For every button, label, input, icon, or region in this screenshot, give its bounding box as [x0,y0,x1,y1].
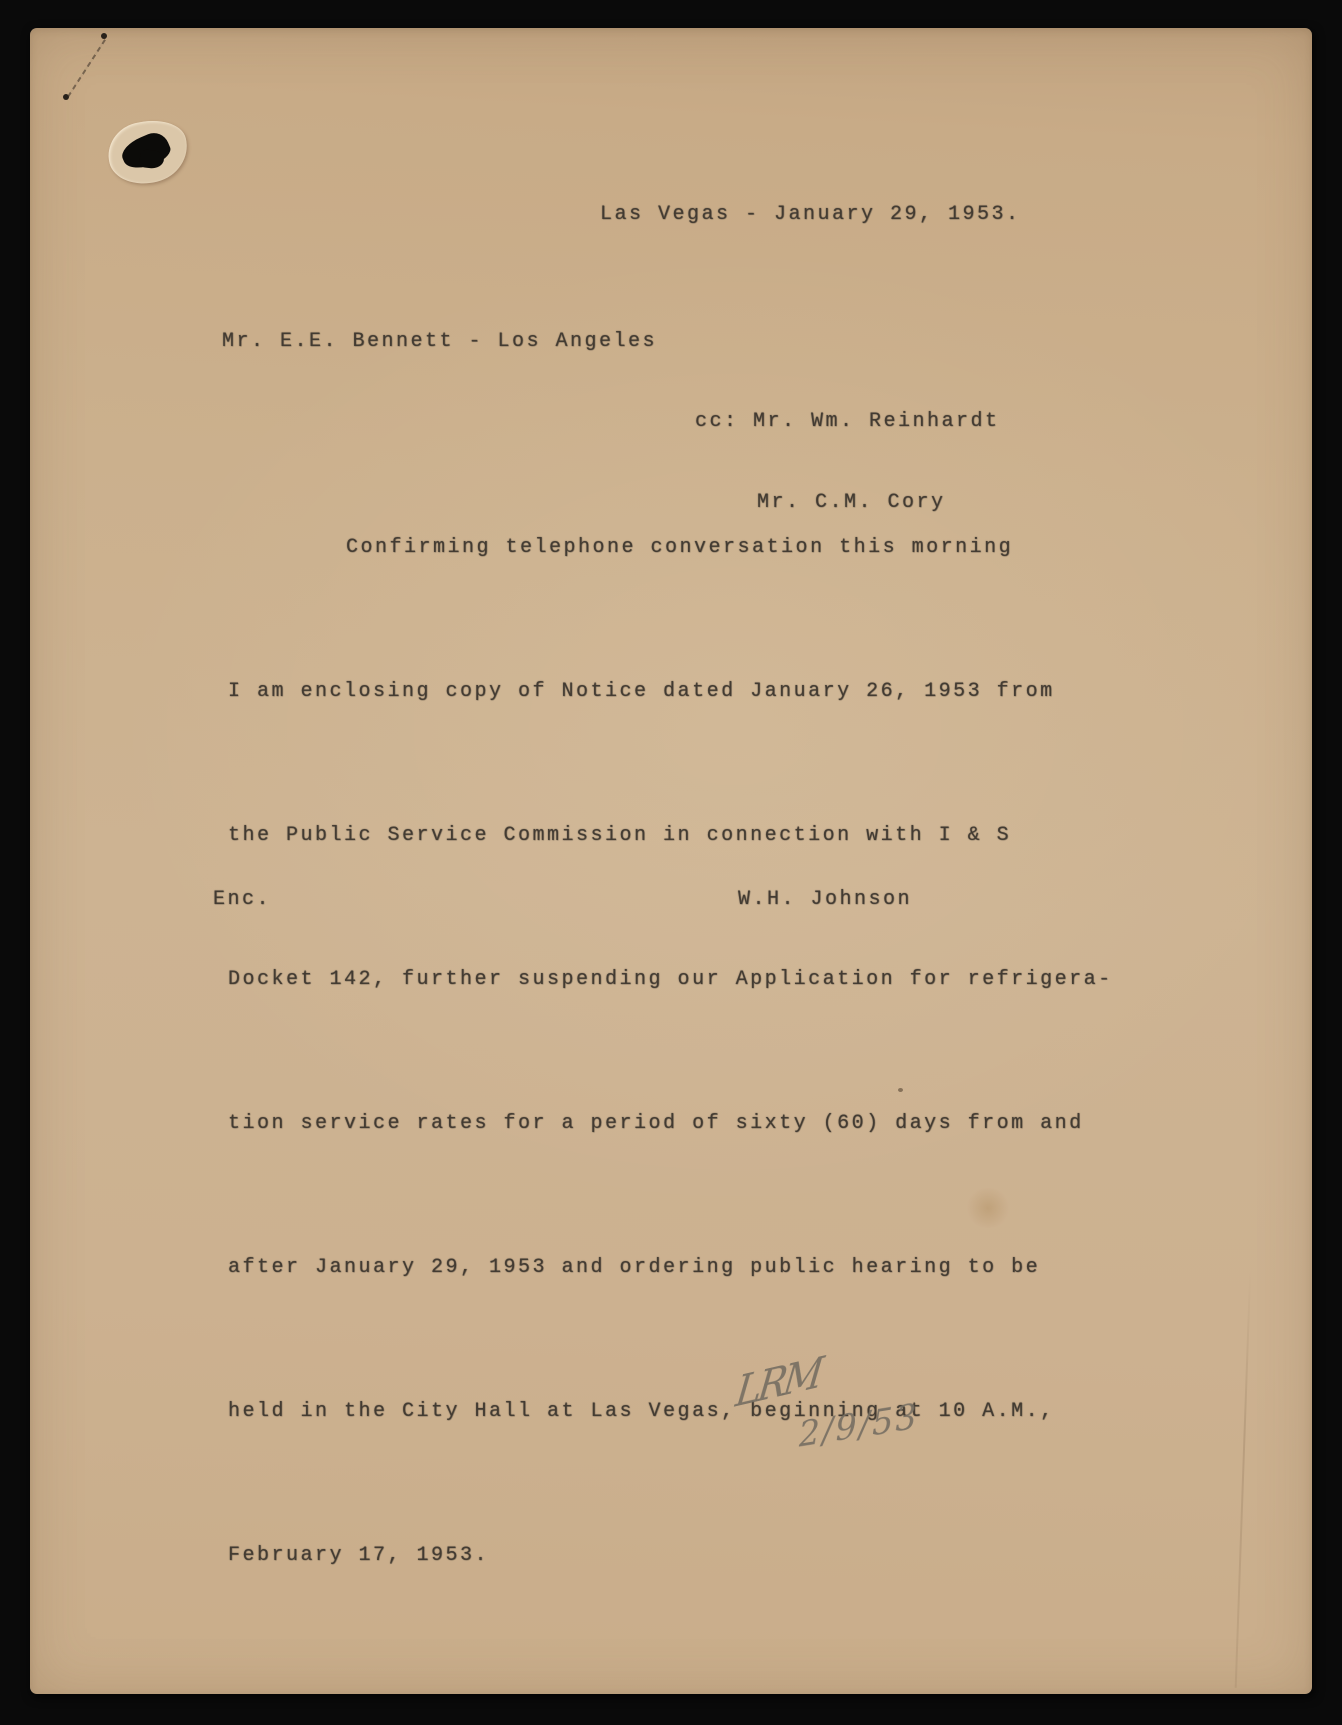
signature-name: W.H. Johnson [738,876,912,924]
body-line: the Public Service Commission in connect… [228,812,1113,860]
scratch-mark [67,39,106,98]
body-line: tion service rates for a period of sixty… [228,1100,1113,1148]
torn-hole [102,112,195,192]
dateline: Las Vegas - January 29, 1953. [600,191,1021,239]
recipient-line: Mr. E.E. Bennett - Los Angeles [222,318,657,366]
enclosure-note: Enc. [213,876,271,924]
body-line: held in the City Hall at Las Vegas, begi… [228,1388,1113,1436]
photograph-background: Las Vegas - January 29, 1953. Mr. E.E. B… [0,0,1342,1725]
body-line: I am enclosing copy of Notice dated Janu… [228,668,1113,716]
body-line: February 17, 1953. [228,1532,1113,1580]
letter-paper: Las Vegas - January 29, 1953. Mr. E.E. B… [30,28,1312,1694]
paper-crease [1235,1268,1252,1688]
body-line: Docket 142, further suspending our Appli… [228,956,1113,1004]
body-line: after January 29, 1953 and ordering publ… [228,1244,1113,1292]
body-line: Confirming telephone conversation this m… [228,524,1113,572]
letter-body: Confirming telephone conversation this m… [228,428,1113,1676]
